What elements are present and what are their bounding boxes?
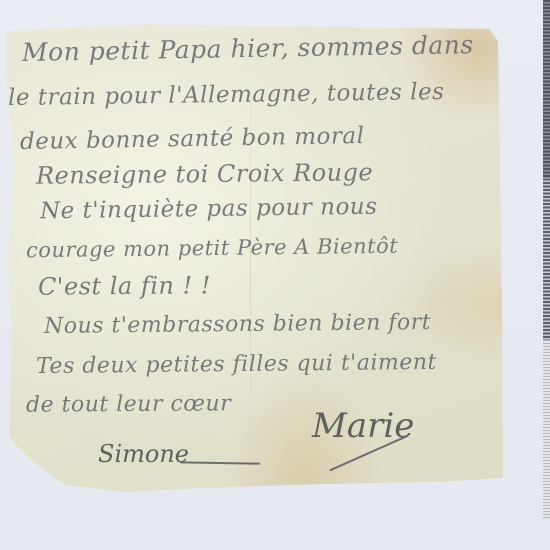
scale-ruler-light-segment	[543, 340, 550, 520]
handwritten-text: Mon petit Papa hier, sommes dans le trai…	[0, 0, 550, 550]
letter-line-10: de tout leur cœur	[26, 391, 231, 417]
letter-line-8: Nous t'embrassons bien bien fort	[44, 310, 431, 339]
letter-line-9: Tes deux petites filles qui t'aiment	[36, 350, 437, 379]
scale-ruler-dark-segment	[543, 0, 550, 178]
letter-line-2: le train pour l'Allemagne, toutes les	[8, 79, 445, 111]
letter-line-4: Renseigne toi Croix Rouge	[36, 158, 373, 190]
letter-line-6: courage mon petit Père A Bientôt	[26, 234, 398, 263]
signature-simone: Simone	[98, 440, 189, 468]
letter-line-5: Ne t'inquiète pas pour nous	[40, 194, 378, 225]
signature-simone-underline	[180, 461, 260, 464]
letter-line-1: Mon petit Papa hier, sommes dans	[22, 30, 474, 67]
letter-line-7: C'est la fin ! !	[38, 271, 211, 301]
letter-line-3: deux bonne santé bon moral	[20, 123, 365, 155]
